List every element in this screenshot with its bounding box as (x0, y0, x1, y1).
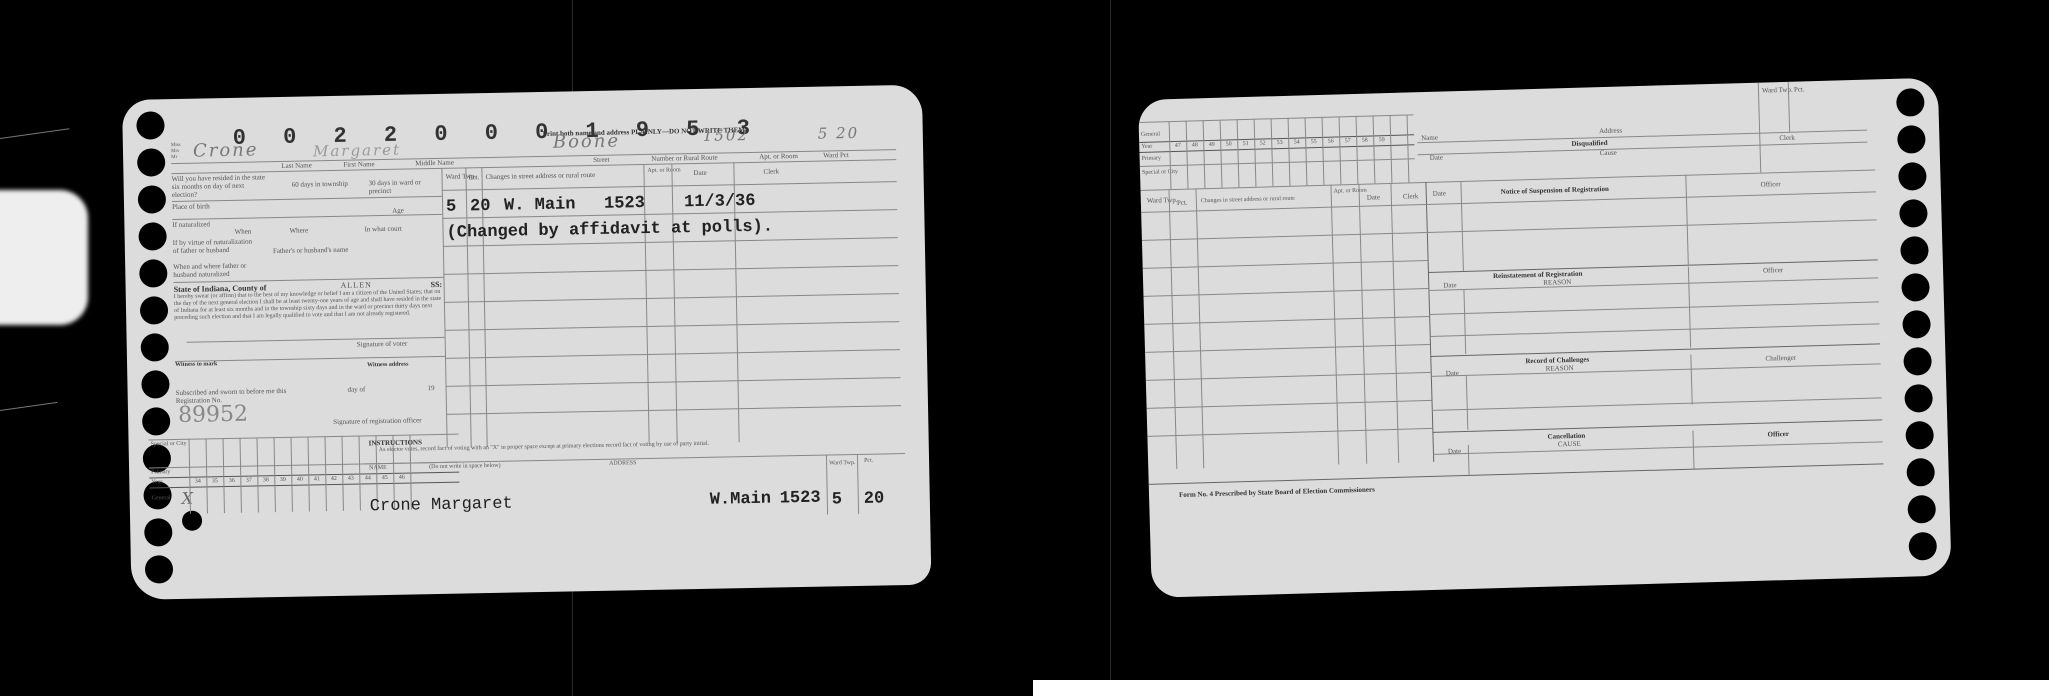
col-date: Date (1367, 193, 1380, 201)
father-husband-name: Father's or husband's name (273, 246, 349, 255)
punch-hole (136, 111, 165, 140)
punch-hole (1908, 532, 1937, 561)
scanner-glare (0, 190, 88, 325)
county: ALLEN (341, 280, 372, 290)
place-of-birth-label: Place of birth (172, 202, 212, 211)
year-cell: 37 (240, 477, 257, 483)
change-number: 1523 (604, 194, 645, 214)
footer-address-value: W.Main (710, 490, 772, 510)
footer-pct-label: Pct. (864, 458, 873, 464)
suspension-heading: Notice of Suspension of Registration (1501, 185, 1609, 196)
year-cell: 48 (1186, 142, 1203, 148)
naturalized-when: When (234, 228, 251, 236)
year-cell: 44 (359, 475, 376, 481)
year-cell: 41 (308, 476, 325, 482)
row-primary: Primary (151, 469, 170, 475)
stray-line (0, 128, 69, 139)
instructions-text: As elector votes, record fact of voting … (379, 439, 819, 454)
year-prefix: 19 (428, 384, 435, 392)
change-note: (Changed by affidavit at polls). (446, 218, 773, 243)
punch-hole (1897, 125, 1926, 154)
year-cell: 52 (1254, 140, 1271, 146)
year-cell: 56 (1322, 138, 1339, 144)
naturalized-court: In what court (364, 225, 401, 234)
footer-name-label: NAME (369, 465, 387, 471)
punch-hole (142, 407, 171, 436)
change-pct: 20 (470, 197, 491, 216)
footer-ward-value: 5 (832, 490, 843, 509)
white-bar (1033, 680, 2049, 696)
year-cell: 46 (393, 475, 410, 481)
row-special: Special or City (1142, 169, 1164, 177)
col-pct: Pct. (468, 173, 479, 181)
punch-hole (140, 296, 169, 325)
year-cell: 53 (1271, 140, 1288, 146)
last-name-label: Last Name (281, 161, 312, 170)
pct-label: Pct. (1794, 85, 1805, 93)
punch-hole (1899, 199, 1928, 228)
punch-hole (145, 555, 174, 584)
punch-hole (141, 370, 170, 399)
suspension-officer: Officer (1760, 180, 1780, 189)
year-cell: 35 (206, 478, 223, 484)
disqualified-heading: Disqualified (1571, 139, 1607, 148)
general-mark: X (181, 489, 193, 508)
punch-hole (1905, 421, 1934, 450)
oath-text: I hereby swear (or affirm) that to the b… (174, 289, 444, 322)
middle-name-label: Middle Name (415, 159, 454, 168)
year-cell: 58 (1356, 137, 1373, 143)
punch-hole (138, 222, 167, 251)
footer-address-label: ADDRESS (609, 460, 636, 467)
subscribed-label: Subscribed and sworn to before me this (176, 387, 287, 397)
punch-hole-small (182, 511, 202, 531)
row-year: Year (151, 479, 162, 485)
year-cell: 47 (1169, 143, 1186, 149)
naturalized-where: Where (289, 226, 308, 234)
residency-ward: 30 days in ward or precinct (369, 178, 439, 195)
form-footer: Form No. 4 Prescribed by State Board of … (1179, 486, 1375, 499)
residency-township: 60 days in township (292, 179, 362, 188)
col-apt: Apt. or Room (1334, 188, 1356, 196)
first-name-label: First Name (343, 160, 374, 169)
signature-officer-label: Signature of registration officer (333, 416, 421, 426)
row-primary: Primary (1142, 155, 1162, 162)
punch-hole (1903, 347, 1932, 376)
year-cell: 38 (257, 477, 274, 483)
registration-card-front: 0 0 2 2 0 0 0 1 9 5 3 Print both name an… (122, 85, 931, 600)
signature-voter-label: Signature of voter (357, 340, 408, 349)
col-clerk: Clerk (763, 167, 779, 175)
ward-label: Ward Twp. (1762, 86, 1782, 95)
change-address: W. Main (504, 195, 576, 215)
scan-seam (1110, 0, 1111, 696)
punch-hole (1898, 162, 1927, 191)
year-cell: 59 (1373, 137, 1390, 143)
footer-do-not-write: (Do not write in space below) (429, 463, 501, 470)
when-where-father: When and where father or husband natural… (173, 261, 258, 279)
year-cell: 42 (325, 476, 342, 482)
naturalized-label: If naturalized (172, 220, 212, 229)
cancellation-officer: Officer (1767, 430, 1789, 439)
challenges-challenger: Challenger (1765, 354, 1796, 363)
number-label: Number or Rural Route (651, 154, 717, 163)
age-label: Age (392, 207, 404, 215)
apt-label: Apt. or Room (759, 152, 798, 161)
row-year: Year (1141, 144, 1152, 150)
punch-hole (1904, 384, 1933, 413)
punch-hole (1907, 495, 1936, 524)
witness-address-label: Witness address (367, 362, 408, 369)
suspension-date: Date (1433, 189, 1446, 197)
change-date: 11/3/36 (684, 192, 756, 212)
change-ward: 5 (446, 198, 457, 217)
punch-hole (138, 185, 167, 214)
clerk-label: Clerk (1779, 134, 1795, 142)
punch-hole (137, 148, 166, 177)
punch-hole (144, 518, 173, 547)
oath-ss: SS: (431, 280, 443, 289)
year-cell: 43 (342, 476, 359, 482)
honorifics: MissMrsMr (171, 143, 181, 161)
footer-name-value: Crone Margaret (370, 495, 513, 517)
row-general: General (1141, 131, 1160, 138)
punch-hole (140, 333, 169, 362)
year-cell: 49 (1203, 142, 1220, 148)
father-husband-label: If by virtue of naturalization of father… (173, 238, 253, 256)
col-apt: Apt. or Room (647, 167, 680, 174)
ward-pct-label: Ward Pct (823, 151, 849, 159)
street-handwritten: Boone (553, 130, 621, 152)
last-name-handwritten: Crone (193, 139, 259, 161)
year-cell: 39 (274, 477, 291, 483)
col-date: Date (693, 169, 706, 177)
footer-pct-value: 20 (864, 489, 885, 508)
first-name-handwritten: Margaret (313, 141, 401, 161)
ward-pct-handwritten: 5 20 (818, 124, 860, 143)
witness-mark-label: Witness to mark (175, 361, 217, 368)
year-cell: 55 (1305, 139, 1322, 145)
col-pct: Pct. (1177, 199, 1188, 207)
number-handwritten: 1502 (703, 126, 750, 145)
punch-hole (1896, 88, 1925, 117)
punch-hole (1906, 458, 1935, 487)
row-general: General (152, 495, 171, 501)
street-label: Street (593, 156, 609, 164)
punch-hole (1902, 310, 1931, 339)
residency-question: Will you have resided in the state six m… (171, 173, 266, 199)
footer-ward-label: Ward Twp. (829, 458, 849, 468)
cancellation-cause: CAUSE (1558, 440, 1581, 449)
punch-hole (1901, 273, 1930, 302)
year-cell: 45 (376, 475, 393, 481)
col-address: Changes in street address or rural route (485, 171, 595, 181)
year-cell: 34 (189, 478, 206, 484)
row-special: Special or City (151, 441, 187, 449)
col-ward: Ward Twp. (1147, 197, 1165, 204)
stray-line (0, 402, 58, 411)
punch-hole (139, 259, 168, 288)
col-clerk: Clerk (1403, 192, 1419, 200)
registration-card-back: General Year Primary Special or City 47 … (1138, 78, 1952, 598)
year-cell: 54 (1288, 139, 1305, 145)
year-cell: 57 (1339, 138, 1356, 144)
year-cell: 36 (223, 478, 240, 484)
punch-hole (1900, 236, 1929, 265)
registration-number: 89952 (178, 402, 248, 428)
reinstatement-officer: Officer (1763, 266, 1783, 275)
year-cell: 40 (291, 476, 308, 482)
day-of-label: day of (348, 385, 366, 393)
address-label: Address (1599, 126, 1622, 135)
col-address: Changes in street address or rural route (1201, 196, 1295, 205)
year-cell: 51 (1237, 141, 1254, 147)
footer-number-value: 1523 (780, 489, 821, 509)
year-cell: 50 (1220, 141, 1237, 147)
